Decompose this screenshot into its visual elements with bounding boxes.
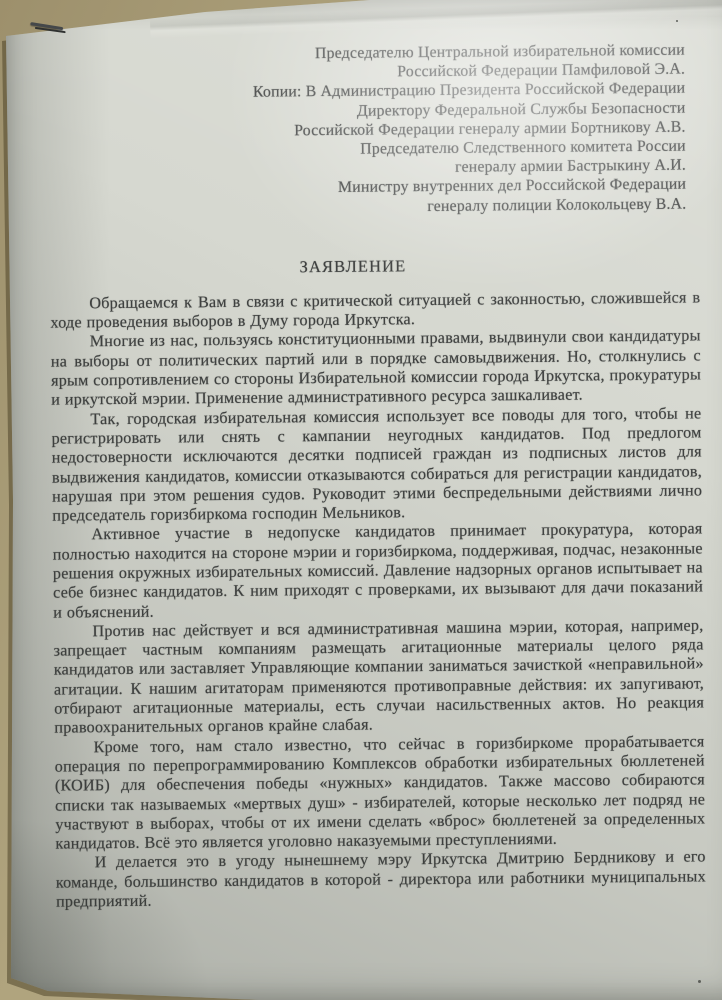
recipient-block: Председателю Центральной избирательной к… — [48, 41, 687, 220]
photo-background: Председателю Центральной избирательной к… — [0, 0, 722, 1000]
paragraph-3: Так, городская избирательная комиссия ис… — [51, 404, 702, 526]
paragraph-2: Многие из нас, пользуясь конституционным… — [51, 327, 702, 410]
document-page: Председателю Центральной избирательной к… — [0, 0, 722, 1000]
document-body: Обращаемся к Вам в связи с критической с… — [50, 288, 706, 912]
document-content: Председателю Центральной избирательной к… — [0, 0, 722, 912]
paragraph-1: Обращаемся к Вам в связи с критической с… — [50, 288, 700, 333]
paragraph-6: Кроме того, нам стало известно, что сейч… — [54, 732, 705, 854]
paragraph-7: И делается это в угоду нынешнему мэру Ир… — [56, 848, 707, 912]
paragraph-5: Против нас действует и вся административ… — [53, 616, 704, 738]
document-title: ЗАЯВЛЕНИЕ — [50, 254, 656, 280]
dust-speck — [698, 980, 701, 983]
paragraph-4: Активное участие в недопуске кандидатов … — [52, 520, 703, 623]
dust-speck — [676, 20, 678, 22]
